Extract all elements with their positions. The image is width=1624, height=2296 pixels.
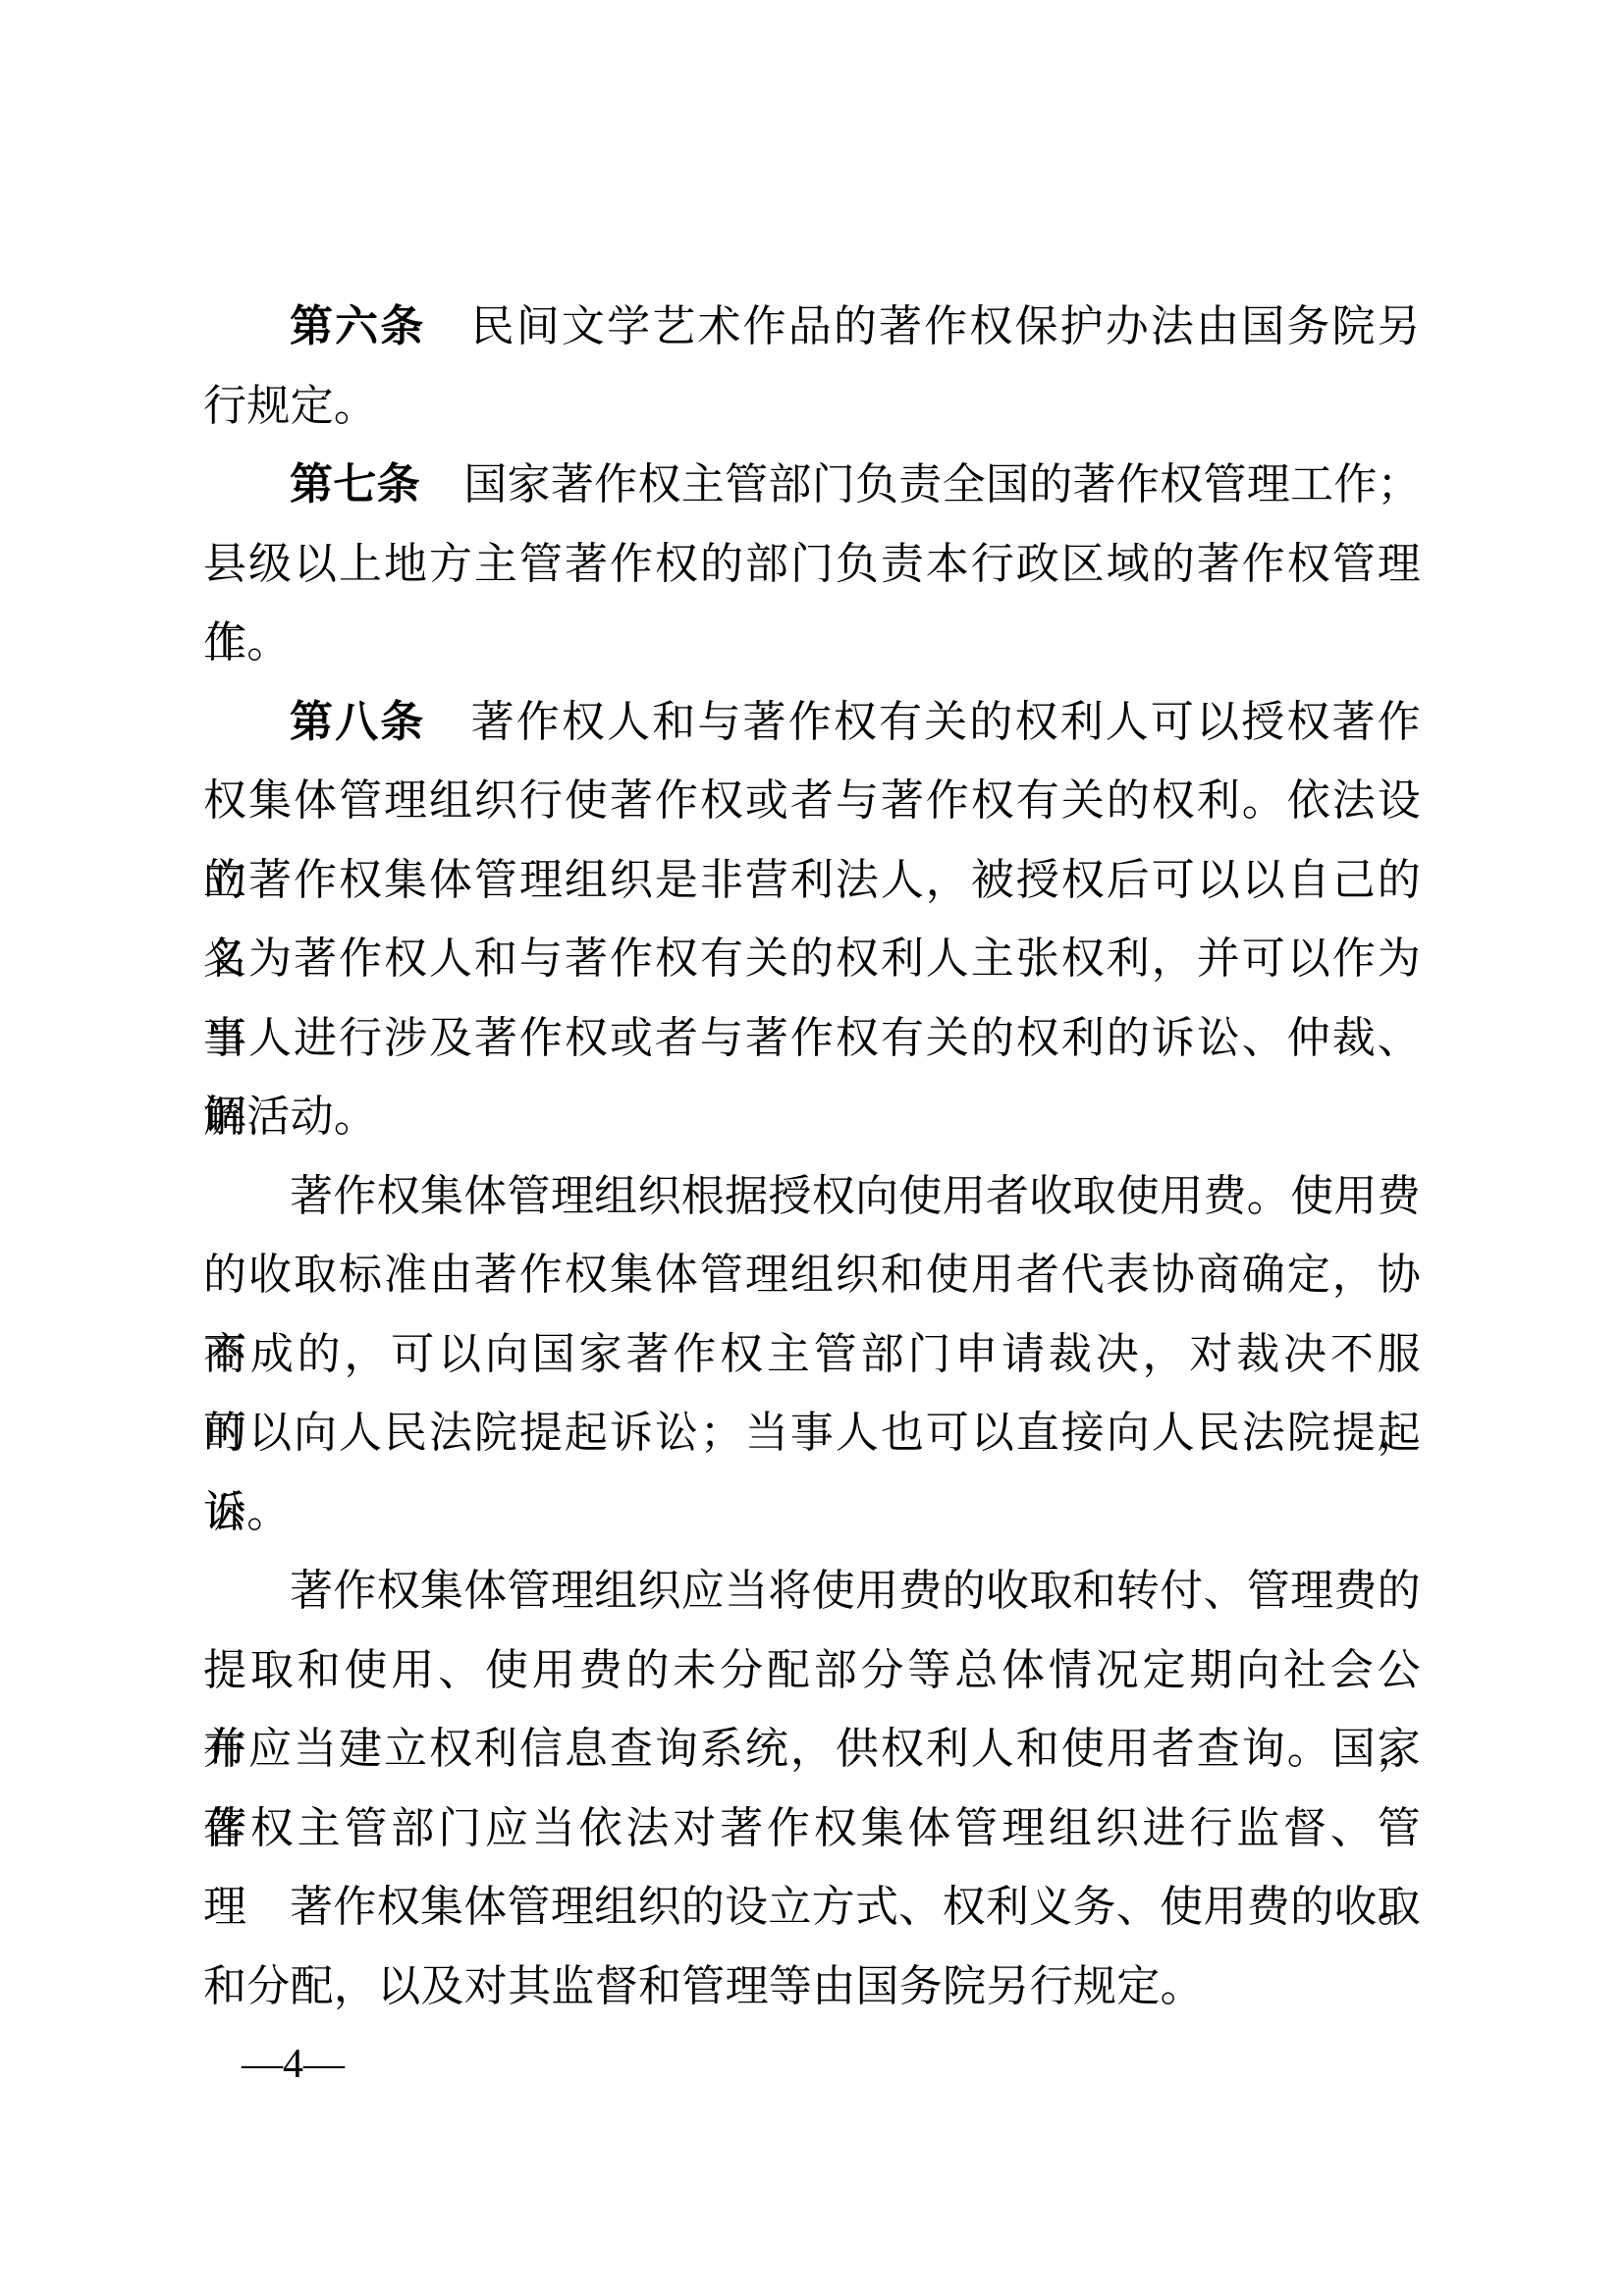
line-text: 民间文学艺术作品的著作权保护办法由国务院另: [471, 302, 1421, 350]
line-text: 和分配，以及对其监督和管理等由国务院另行规定。: [203, 1962, 1204, 2010]
text-line: 第八条著作权人和与著作权有关的权利人可以授权著作: [203, 683, 1421, 763]
text-line: 县级以上地方主管著作权的部门负责本行政区域的著作权管理工: [203, 525, 1421, 605]
text-line: 著作权集体管理组织应当将使用费的收取和转付、管理费的: [203, 1552, 1421, 1631]
page-number: —4—: [242, 2044, 345, 2085]
text-line: 不成的，可以向国家著作权主管部门申请裁决，对裁决不服的，: [203, 1315, 1421, 1395]
line-text: 行规定。: [203, 382, 377, 430]
text-line: 提取和使用、使用费的未分配部分等总体情况定期向社会公布，: [203, 1631, 1421, 1711]
line-text: 解活动。: [203, 1093, 377, 1141]
text-line: 解活动。: [203, 1078, 1421, 1157]
text-line: 的收取标准由著作权集体管理组织和使用者代表协商确定，协商: [203, 1236, 1421, 1315]
line-text: 国家著作权主管部门负责全国的著作权管理工作；: [463, 460, 1421, 508]
text-line: 权集体管理组织行使著作权或者与著作权有关的权利。依法设立: [203, 762, 1421, 841]
text-line: 的著作权集体管理组织是非营利法人，被授权后可以以自己的名: [203, 841, 1421, 921]
text-line: 可以向人民法院提起诉讼；当事人也可以直接向人民法院提起诉: [203, 1394, 1421, 1473]
document-page: 第六条民间文学艺术作品的著作权保护办法由国务院另行规定。第七条国家著作权主管部门…: [0, 0, 1624, 2296]
text-line: 著作权集体管理组织根据授权向使用者收取使用费。使用费: [203, 1157, 1421, 1237]
text-line: 和分配，以及对其监督和管理等由国务院另行规定。: [203, 1948, 1421, 2027]
document-body: 第六条民间文学艺术作品的著作权保护办法由国务院另行规定。第七条国家著作权主管部门…: [203, 288, 1421, 2026]
line-text: 讼。: [203, 1488, 291, 1536]
line-text: 作。: [203, 618, 291, 667]
text-line: 义为著作权人和与著作权有关的权利人主张权利，并可以作为当: [203, 920, 1421, 999]
text-line: 并应当建立权利信息查询系统，供权利人和使用者查询。国家著: [203, 1710, 1421, 1789]
text-line: 第六条民间文学艺术作品的著作权保护办法由国务院另: [203, 288, 1421, 367]
line-text: 著作权集体管理组织根据授权向使用者收取使用费。使用费: [290, 1172, 1421, 1220]
text-line: 著作权集体管理组织的设立方式、权利义务、使用费的收取: [203, 1868, 1421, 1948]
text-line: 第七条国家著作权主管部门负责全国的著作权管理工作；: [203, 446, 1421, 525]
text-line: 行规定。: [203, 367, 1421, 447]
text-line: 作。: [203, 604, 1421, 683]
line-text: 著作权集体管理组织的设立方式、权利义务、使用费的收取: [290, 1883, 1421, 1931]
article-number: 第八条: [290, 698, 471, 746]
article-number: 第七条: [290, 460, 463, 508]
text-line: 作权主管部门应当依法对著作权集体管理组织进行监督、管理。: [203, 1789, 1421, 1869]
line-text: 著作权集体管理组织应当将使用费的收取和转付、管理费的: [290, 1567, 1421, 1615]
text-line: 事人进行涉及著作权或者与著作权有关的权利的诉讼、仲裁、调: [203, 999, 1421, 1079]
text-line: 讼。: [203, 1473, 1421, 1553]
article-number: 第六条: [290, 302, 471, 350]
line-text: 著作权人和与著作权有关的权利人可以授权著作: [471, 698, 1421, 746]
